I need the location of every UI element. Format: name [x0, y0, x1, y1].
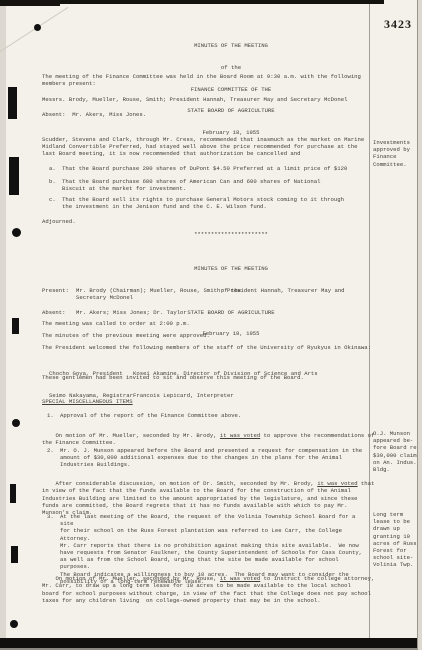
- finance-intro-paragraph: The meeting of the Finance Committee was…: [42, 73, 382, 87]
- item-text: That the Board purchase 200 shares of Du…: [62, 165, 371, 172]
- binder-bar-mark: [10, 484, 16, 503]
- guests-note-line: These gentlemen had been invited to sit …: [42, 374, 382, 381]
- absent-text: Mr. Akers; Miss Jones; Dr. Taylor: [76, 309, 378, 316]
- scanned-minutes-page: 3423 MINUTES OF THE MEETING of the FINAN…: [0, 0, 422, 650]
- binder-hole-mark: [34, 24, 41, 31]
- adjourned-line: Adjourned.: [42, 218, 382, 225]
- board-item-2: 2. Mr. O. J. Munson appeared before the …: [47, 447, 371, 469]
- minutes-approved-line: The minutes of the previous meeting were…: [42, 332, 382, 339]
- motion-paragraph-3: On motion of Mr. Mueller, seconded by Mr…: [42, 568, 382, 611]
- title-line: MINUTES OF THE MEETING: [42, 42, 420, 49]
- board-absent-line: Absent: Mr. Akers; Miss Jones; Dr. Taylo…: [42, 309, 378, 316]
- it-was-voted-underline: it was voted: [317, 480, 357, 487]
- scan-bottom-edge: [0, 638, 422, 648]
- binder-hole-mark: [10, 620, 18, 628]
- motion-text: On motion of Mr. Mueller, seconded by Mr…: [55, 575, 219, 582]
- finance-item-b: b. That the Board purchase 600 shares of…: [49, 178, 371, 192]
- finance-item-c: c. That the Board sell its rights to pur…: [49, 196, 371, 210]
- special-items-heading: SPECIAL MISCELLANEOUS ITEMS: [42, 398, 382, 405]
- item-label: b.: [49, 178, 56, 185]
- finance-item-a: a. That the Board purchase 200 shares of…: [49, 165, 371, 172]
- board-item-1: 1. Approval of the report of the Finance…: [47, 412, 371, 419]
- finance-present-line: Messrs. Brody, Mueller, Rouse, Smith; Pr…: [42, 96, 382, 103]
- item-label: c.: [49, 196, 56, 203]
- finance-recommendation-paragraph: Scudder, Stevens and Clark, through Mr. …: [42, 136, 382, 158]
- welcome-line: The President welcomed the following mem…: [42, 344, 382, 351]
- absent-label: Absent:: [42, 309, 66, 316]
- item-label: a.: [49, 165, 56, 172]
- item-text: That the Board purchase 600 shares of Am…: [62, 178, 371, 192]
- scan-top-corner: [0, 0, 60, 6]
- item-text: Approval of the report of the Finance Co…: [60, 412, 371, 419]
- binder-bar-mark: [8, 87, 17, 119]
- section-separator: **********************: [42, 231, 420, 238]
- scan-left-edge: [0, 0, 6, 650]
- title-line: of the: [42, 64, 420, 71]
- item-label: 3.: [47, 513, 54, 520]
- finance-meeting-title: MINUTES OF THE MEETING of the FINANCE CO…: [42, 28, 420, 150]
- item-label: 2.: [47, 447, 54, 454]
- it-was-voted-underline: it was voted: [220, 575, 260, 582]
- item-text: That the Board sell its rights to purcha…: [62, 196, 371, 210]
- finance-absent-line: Absent: Mr. Akers, Miss Jones.: [42, 111, 382, 118]
- margin-note-munson: O.J. Munson appeared be- fore Board re $…: [373, 430, 420, 473]
- item-text: Mr. O. J. Munson appeared before the Boa…: [60, 447, 371, 469]
- margin-note-investments: Investments approved by Finance Committe…: [373, 139, 420, 168]
- binder-hole-mark: [12, 419, 20, 427]
- it-was-voted-underline: it was voted: [220, 432, 260, 439]
- board-present-line: Present: Mr. Brody (Chairman); Mueller, …: [42, 287, 378, 301]
- motion-text: On motion of Mr. Mueller, seconded by Mr…: [55, 432, 219, 439]
- title-line: MINUTES OF THE MEETING: [42, 265, 420, 272]
- binder-hole-mark: [12, 228, 21, 237]
- title-line: February 18, 1955: [42, 129, 420, 136]
- item-label: 1.: [47, 412, 54, 419]
- present-text: Mr. Brody (Chairman); Mueller, Rouse, Sm…: [76, 287, 378, 301]
- margin-note-lease: Long term lease to be drawn up granting …: [373, 511, 420, 569]
- motion-text: After considerable discussion, on motion…: [55, 480, 317, 487]
- present-label: Present:: [42, 287, 69, 294]
- binder-bar-mark: [11, 546, 18, 563]
- binder-bar-mark: [12, 318, 19, 334]
- binder-bar-mark: [9, 157, 19, 195]
- called-to-order-line: The meeting was called to order at 2:00 …: [42, 320, 382, 327]
